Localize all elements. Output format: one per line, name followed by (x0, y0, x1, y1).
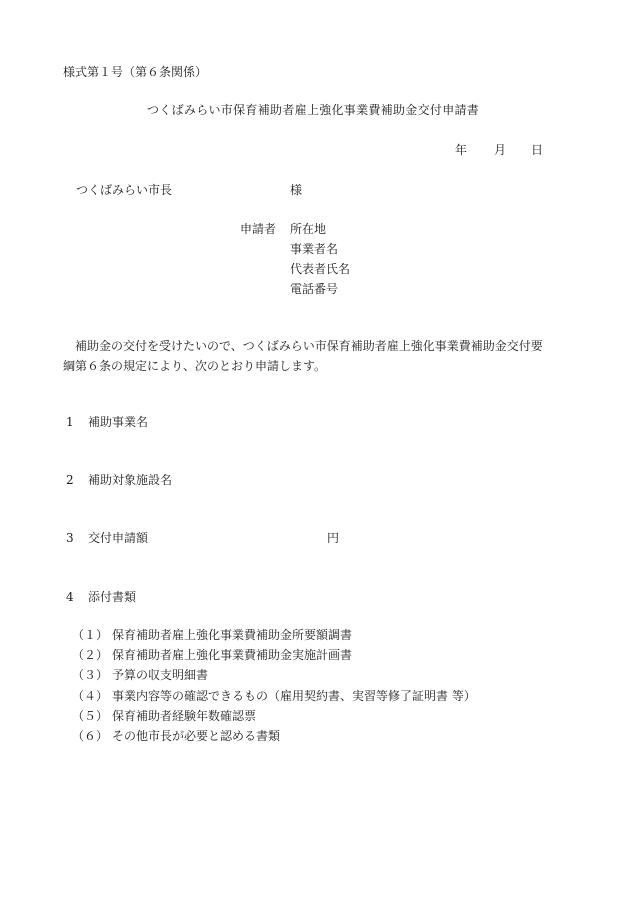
attachment-number: （５） (72, 710, 112, 722)
applicant-label: 申請者 (240, 223, 276, 235)
item-facility-name: 2補助対象施設名 (66, 474, 172, 486)
attachment-number: （４） (72, 690, 112, 702)
attachment-number: （６） (72, 730, 112, 742)
item-requested-amount: 3交付申請額 (66, 532, 148, 544)
attachment-item: （１）保育補助者雇上強化事業費補助金所要額調書 (72, 629, 476, 649)
attachment-item: （４）事業内容等の確認できるもの（雇用契約書、実習等修了証明書 等） (72, 690, 476, 710)
attachment-label: 事業内容等の確認できるもの（雇用契約書、実習等修了証明書 等） (112, 689, 476, 703)
amount-unit-yen: 円 (327, 532, 339, 544)
attachment-item: （２）保育補助者雇上強化事業費補助金実施計画書 (72, 649, 476, 669)
item-label: 補助対象施設名 (88, 473, 172, 487)
date-month-label: 月 (494, 144, 506, 156)
item-label: 交付申請額 (88, 531, 148, 545)
attachment-number: （２） (72, 649, 112, 661)
attachment-label: 予算の収支明細書 (112, 668, 208, 682)
item-number: 2 (66, 474, 88, 486)
applicant-field-phone: 電話番号 (290, 283, 350, 303)
item-label: 補助事業名 (88, 415, 148, 429)
item-label: 添付書類 (88, 590, 136, 604)
attachment-label: 保育補助者雇上強化事業費補助金所要額調書 (112, 628, 352, 642)
attachment-item: （５）保育補助者経験年数確認票 (72, 710, 476, 730)
applicant-field-address: 所在地 (290, 223, 350, 243)
attachment-number: （１） (72, 629, 112, 641)
statement-line-2: 綱第６条の規定により、次のとおり申請します。 (63, 356, 583, 376)
applicant-field-business-name: 事業者名 (290, 243, 350, 263)
attachment-label: その他市長が必要と認める書類 (112, 729, 280, 743)
date-year-label: 年 (455, 144, 467, 156)
item-attachments: 4添付書類 (66, 591, 136, 603)
applicant-field-representative: 代表者氏名 (290, 263, 350, 283)
attachment-item: （６）その他市長が必要と認める書類 (72, 730, 476, 750)
attachment-label: 保育補助者雇上強化事業費補助金実施計画書 (112, 648, 352, 662)
addressee-honorific: 様 (290, 184, 302, 196)
attachment-number: （３） (72, 669, 112, 681)
date-day-label: 日 (531, 144, 543, 156)
attachment-label: 保育補助者経験年数確認票 (112, 709, 256, 723)
form-number: 様式第１号（第６条関係） (63, 66, 207, 78)
statement-line-1: 補助金の交付を受けたいので、つくばみらい市保育補助者雇上強化事業費補助金交付要 (63, 336, 583, 356)
addressee-name: つくばみらい市長 (76, 184, 172, 196)
attachment-item: （３）予算の収支明細書 (72, 669, 476, 689)
item-number: 3 (66, 532, 88, 544)
attachment-list: （１）保育補助者雇上強化事業費補助金所要額調書 （２）保育補助者雇上強化事業費補… (72, 629, 476, 750)
item-number: 1 (66, 416, 88, 428)
item-project-name: 1補助事業名 (66, 416, 148, 428)
item-number: 4 (66, 591, 88, 603)
applicant-fields: 所在地 事業者名 代表者氏名 電話番号 (290, 223, 350, 303)
application-statement: 補助金の交付を受けたいので、つくばみらい市保育補助者雇上強化事業費補助金交付要 … (63, 336, 583, 376)
document-title: つくばみらい市保育補助者雇上強化事業費補助金交付申請書 (147, 104, 479, 116)
